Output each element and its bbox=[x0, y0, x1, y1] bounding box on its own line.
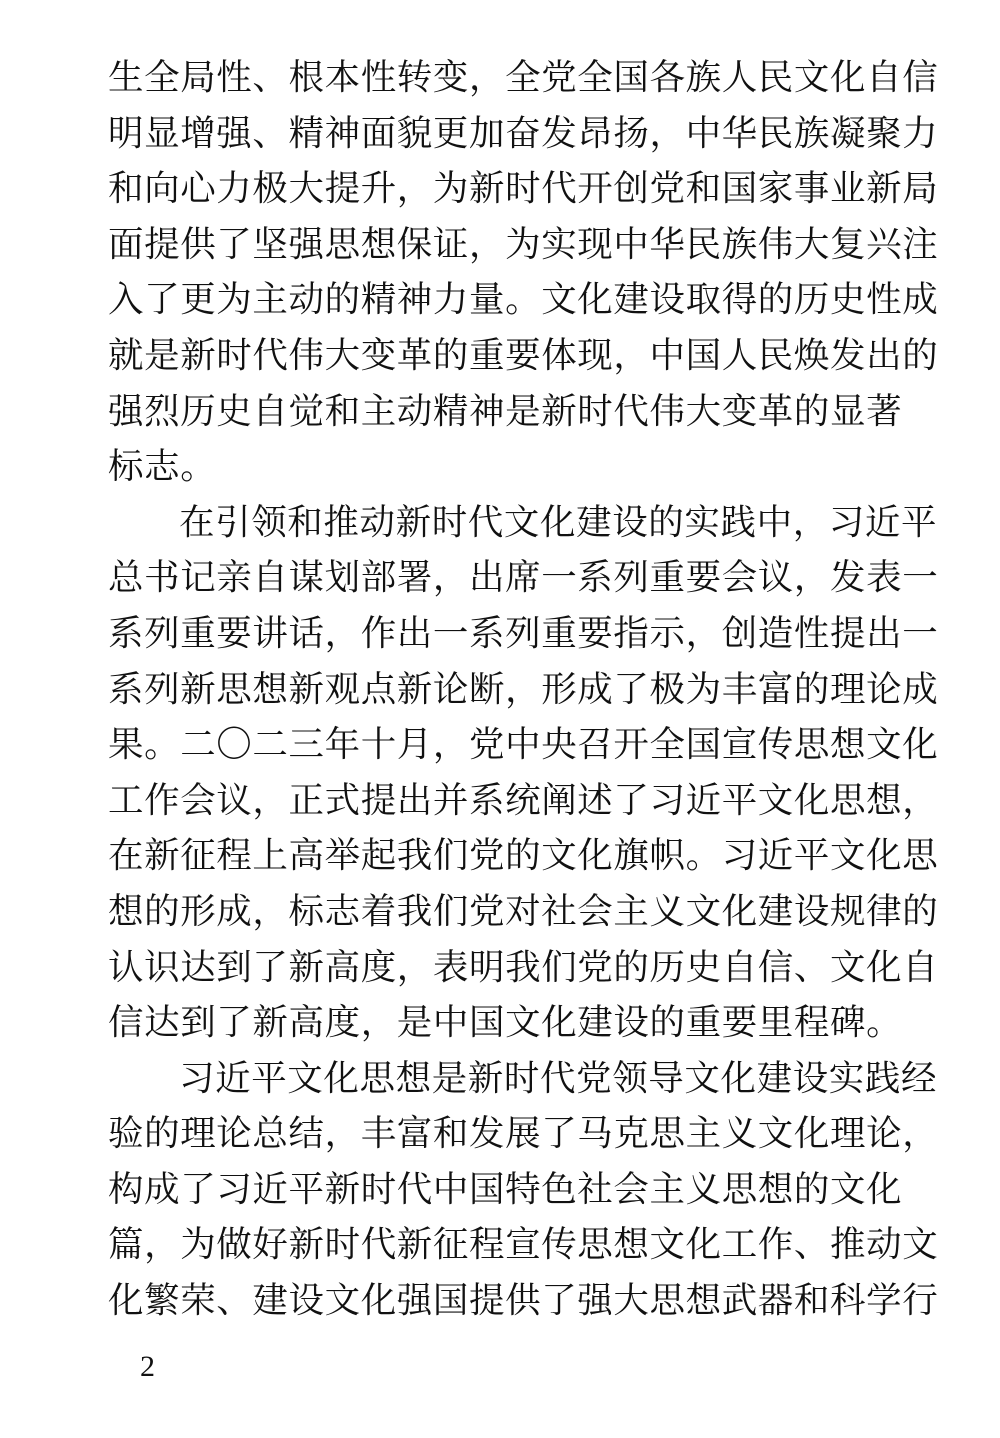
text-line: 工作会议，正式提出并系统阐述了习近平文化思想， bbox=[108, 773, 908, 829]
text-line: 想的形成，标志着我们党对社会主义文化建设规律的 bbox=[108, 884, 908, 940]
text-line: 明显增强、精神面貌更加奋发昂扬，中华民族凝聚力 bbox=[108, 106, 908, 162]
text-line: 验的理论总结，丰富和发展了马克思主义文化理论， bbox=[108, 1106, 908, 1162]
text-line: 构成了习近平新时代中国特色社会主义思想的文化 bbox=[108, 1162, 908, 1218]
text-line: 总书记亲自谋划部署，出席一系列重要会议，发表一 bbox=[108, 550, 908, 606]
text-line: 就是新时代伟大变革的重要体现，中国人民焕发出的 bbox=[108, 328, 908, 384]
text-line: 化繁荣、建设文化强国提供了强大思想武器和科学行 bbox=[108, 1273, 908, 1329]
body-text: 生全局性、根本性转变，全党全国各族人民文化自信 明显增强、精神面貌更加奋发昂扬，… bbox=[108, 50, 908, 1329]
text-line: 系列重要讲话，作出一系列重要指示，创造性提出一 bbox=[108, 606, 908, 662]
document-page: 生全局性、根本性转变，全党全国各族人民文化自信 明显增强、精神面貌更加奋发昂扬，… bbox=[0, 0, 1000, 1438]
paragraph-first-line: 在引领和推动新时代文化建设的实践中，习近平 bbox=[108, 495, 908, 551]
text-line: 面提供了坚强思想保证，为实现中华民族伟大复兴注 bbox=[108, 217, 908, 273]
text-line: 信达到了新高度，是中国文化建设的重要里程碑。 bbox=[108, 995, 908, 1051]
text-line: 在新征程上高举起我们党的文化旗帜。习近平文化思 bbox=[108, 828, 908, 884]
text-line: 果。二〇二三年十月，党中央召开全国宣传思想文化 bbox=[108, 717, 908, 773]
text-line: 标志。 bbox=[108, 439, 908, 495]
text-line: 强烈历史自觉和主动精神是新时代伟大变革的显著 bbox=[108, 384, 908, 440]
text-line: 认识达到了新高度，表明我们党的历史自信、文化自 bbox=[108, 940, 908, 996]
text-line: 系列新思想新观点新论断，形成了极为丰富的理论成 bbox=[108, 662, 908, 718]
text-line: 和向心力极大提升，为新时代开创党和国家事业新局 bbox=[108, 161, 908, 217]
text-line: 入了更为主动的精神力量。文化建设取得的历史性成 bbox=[108, 272, 908, 328]
page-number: 2 bbox=[140, 1350, 155, 1384]
paragraph-first-line: 习近平文化思想是新时代党领导文化建设实践经 bbox=[108, 1051, 908, 1107]
text-line: 生全局性、根本性转变，全党全国各族人民文化自信 bbox=[108, 50, 908, 106]
text-line: 篇，为做好新时代新征程宣传思想文化工作、推动文 bbox=[108, 1217, 908, 1273]
